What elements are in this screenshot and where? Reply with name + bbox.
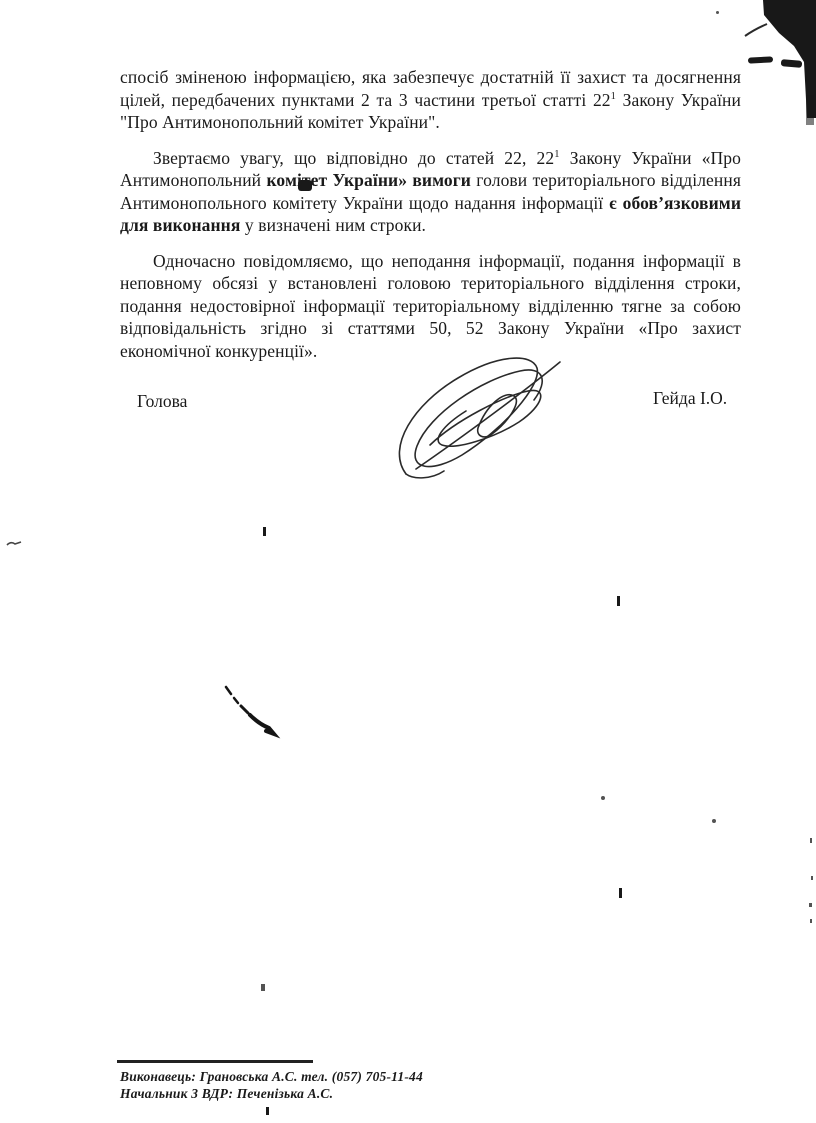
scan-artifact-tick bbox=[266, 1107, 269, 1115]
text-line: Антимонопольного комітету України щодо н… bbox=[120, 192, 741, 215]
text-line: неповному обсязі у встановлені головою т… bbox=[120, 272, 741, 295]
text-line: подання недостовірної інформації територ… bbox=[120, 295, 741, 318]
page: спосіб зміненою інформацією, яка забезпе… bbox=[0, 0, 816, 1123]
handwritten-signature bbox=[386, 352, 576, 482]
text-line: для виконання у визначені ним строки. bbox=[120, 214, 741, 237]
scan-artifact-tick bbox=[619, 888, 622, 898]
paragraph: Одночасно повідомляємо, що неподання інф… bbox=[120, 250, 741, 363]
text-line: відповідальність згідно зі статтями 50, … bbox=[120, 317, 741, 340]
footer-divider bbox=[117, 1060, 313, 1063]
text-line: "Про Антимонопольний комітет України". bbox=[120, 111, 741, 134]
text-line: цілей, передбачених пунктами 2 та 3 част… bbox=[120, 89, 741, 112]
scan-artifact-tick bbox=[617, 596, 620, 606]
scanned-letter-page: { "page": { "bg_color": "#ffffff", "ink_… bbox=[0, 0, 816, 1123]
scan-artifact-speck bbox=[811, 876, 813, 880]
footer-executor: Виконавець: Грановська А.С. тел. (057) 7… bbox=[120, 1069, 423, 1085]
body-paragraphs: спосіб зміненою інформацією, яка забезпе… bbox=[120, 66, 741, 375]
scan-artifact-speck bbox=[601, 796, 605, 800]
scan-artifact-pen-scratch bbox=[218, 682, 282, 744]
scan-artifact-speck bbox=[261, 984, 265, 991]
text-line: Звертаємо увагу, що відповідно до статей… bbox=[120, 147, 741, 170]
text-line: Одночасно повідомляємо, що неподання інф… bbox=[120, 250, 741, 273]
text-line: спосіб зміненою інформацією, яка забезпе… bbox=[120, 66, 741, 89]
scan-artifact-ink-blob bbox=[298, 180, 312, 191]
signee-name: Гейда І.О. bbox=[653, 388, 727, 409]
footer-chief: Начальник 3 ВДР: Печенізька А.С. bbox=[120, 1086, 333, 1102]
paragraph: Звертаємо увагу, що відповідно до статей… bbox=[120, 147, 741, 237]
signature-role-label: Голова bbox=[137, 391, 187, 412]
scan-artifact-tick bbox=[263, 527, 266, 536]
paragraph: спосіб зміненою інформацією, яка забезпе… bbox=[120, 66, 741, 134]
scan-artifact-speck bbox=[716, 11, 719, 14]
scan-artifact-speck bbox=[712, 819, 716, 823]
text-line: Антимонопольний комітет України» вимоги … bbox=[120, 169, 741, 192]
scan-artifact-speck bbox=[809, 903, 812, 907]
scan-artifact-speck bbox=[810, 919, 812, 923]
scan-artifact-tilde bbox=[6, 539, 22, 549]
scan-artifact-speck bbox=[810, 838, 812, 843]
